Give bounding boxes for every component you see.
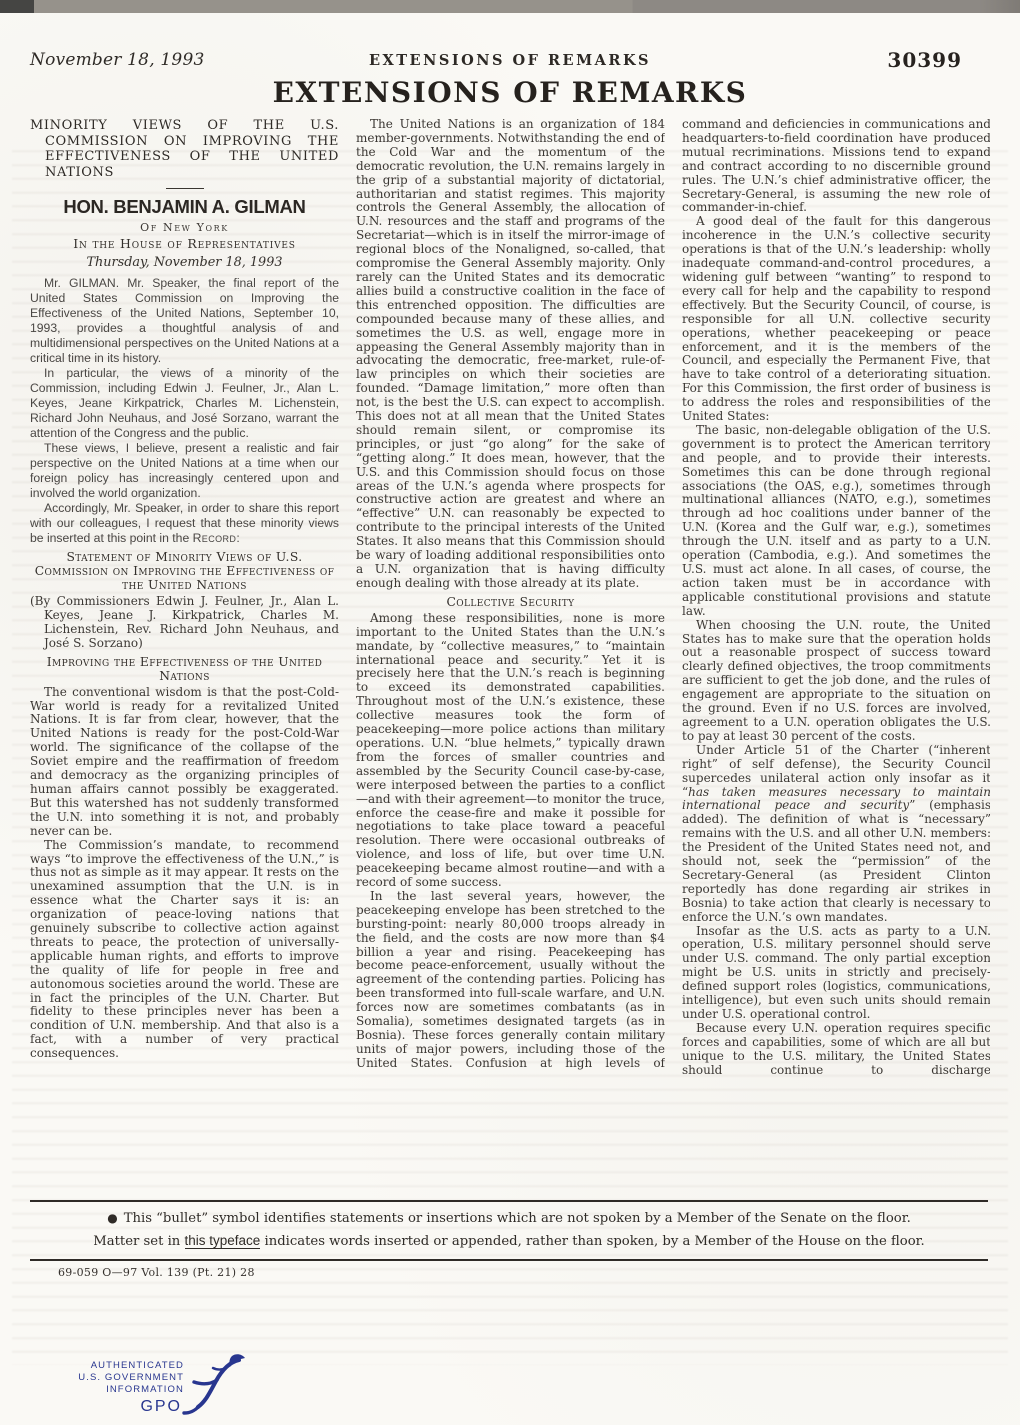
session-date: Thursday, November 18, 1993 — [30, 255, 339, 270]
remarks-paragraph: These views, I believe, present a realis… — [30, 441, 339, 501]
gpo-line: AUTHENTICATED — [78, 1360, 184, 1372]
body-paragraph: Among these responsibilities, none is mo… — [356, 612, 665, 890]
body-paragraph: Insofar as the U.S. acts as party to a U… — [682, 925, 990, 1022]
body-paragraph: The United Nations is an organization of… — [356, 118, 665, 591]
record-sentence-post: : — [236, 531, 239, 545]
scanned-page: November 18, 1993 EXTENSIONS OF REMARKS … — [0, 0, 1020, 1425]
header-page-number: 30399 — [887, 48, 962, 72]
remarks-paragraph: In particular, the views of a minority o… — [30, 366, 339, 441]
remarks-paragraph: Accordingly, Mr. Speaker, in order to sh… — [30, 501, 339, 546]
column-right: command and deficiencies in communicatio… — [682, 118, 990, 1184]
scan-edge-artifact — [0, 0, 1020, 13]
text-columns: MINORITY VIEWS OF THE U.S. COMMISSION ON… — [30, 118, 990, 1184]
gpo-eagle-icon — [182, 1352, 246, 1420]
body-paragraph: When choosing the U.N. route, the United… — [682, 619, 990, 744]
heading-divider-rule — [166, 188, 204, 189]
commissioners-byline: (By Commissioners Edwin J. Feulner, Jr.,… — [30, 595, 339, 651]
speaker-state: Of New York — [30, 221, 339, 234]
body-paragraph-article51: Under Article 51 of the Charter (“inhere… — [682, 744, 990, 925]
gpo-line: INFORMATION — [78, 1384, 184, 1396]
gpo-line: U.S. GOVERNMENT — [78, 1372, 184, 1384]
body-paragraph: command and deficiencies in communicatio… — [682, 118, 990, 215]
article-heading: MINORITY VIEWS OF THE U.S. COMMISSION ON… — [30, 118, 339, 180]
column-left: MINORITY VIEWS OF THE U.S. COMMISSION ON… — [30, 118, 339, 1184]
page-header: November 18, 1993 EXTENSIONS OF REMARKS … — [30, 48, 990, 74]
section-heading-collective-security: Collective Security — [356, 595, 665, 609]
record-sentence-pre: Accordingly, Mr. Speaker, in order to sh… — [30, 501, 339, 545]
article51-post: ” (emphasis added). The definition of wh… — [682, 798, 990, 923]
senate-bullet-note: ●This “bullet” symbol identifies stateme… — [30, 1211, 988, 1226]
column-middle: The United Nations is an organization of… — [356, 118, 665, 1184]
gpo-label: GPO — [140, 1398, 182, 1416]
house-typeface-note: Matter set in this typeface indicates wo… — [30, 1233, 988, 1249]
typeface-sample: this typeface — [185, 1233, 261, 1249]
body-paragraph: A good deal of the fault for this danger… — [682, 215, 990, 424]
body-paragraph: The basic, non-delegable obligation of t… — [682, 424, 990, 619]
page-title: EXTENSIONS OF REMARKS — [0, 76, 1020, 109]
body-paragraph: The conventional wisdom is that the post… — [30, 686, 339, 839]
bullet-icon: ● — [107, 1211, 117, 1225]
print-imprint: 69-059 O—97 Vol. 139 (Pt. 21) 28 — [58, 1266, 255, 1279]
gpo-authentication-seal: AUTHENTICATED U.S. GOVERNMENT INFORMATIO… — [66, 1352, 246, 1420]
senate-note-text: This “bullet” symbol identifies statemen… — [124, 1211, 911, 1226]
record-word: Record — [193, 531, 237, 545]
house-note-post: indicates words inserted or appended, ra… — [260, 1234, 924, 1249]
speaker-name: HON. BENJAMIN A. GILMAN — [30, 196, 339, 218]
body-paragraph: The Commission’s mandate, to recommend w… — [30, 839, 339, 1062]
remarks-paragraph: Mr. GILMAN. Mr. Speaker, the final repor… — [30, 276, 339, 366]
house-note-pre: Matter set in — [93, 1234, 184, 1249]
statement-heading: Statement of Minority Views of U.S. Comm… — [30, 550, 339, 592]
gpo-authenticated-text: AUTHENTICATED U.S. GOVERNMENT INFORMATIO… — [78, 1360, 184, 1396]
header-running-title: EXTENSIONS OF REMARKS — [30, 52, 990, 69]
body-paragraph: In the last several years, however, the … — [356, 890, 665, 1071]
body-paragraph: Because every U.N. operation requires sp… — [682, 1022, 990, 1078]
section-heading-improving: Improving the Effectiveness of the Unite… — [30, 655, 339, 683]
footer-note-block: ●This “bullet” symbol identifies stateme… — [30, 1200, 988, 1261]
chamber-line: In the House of Representatives — [30, 236, 339, 251]
